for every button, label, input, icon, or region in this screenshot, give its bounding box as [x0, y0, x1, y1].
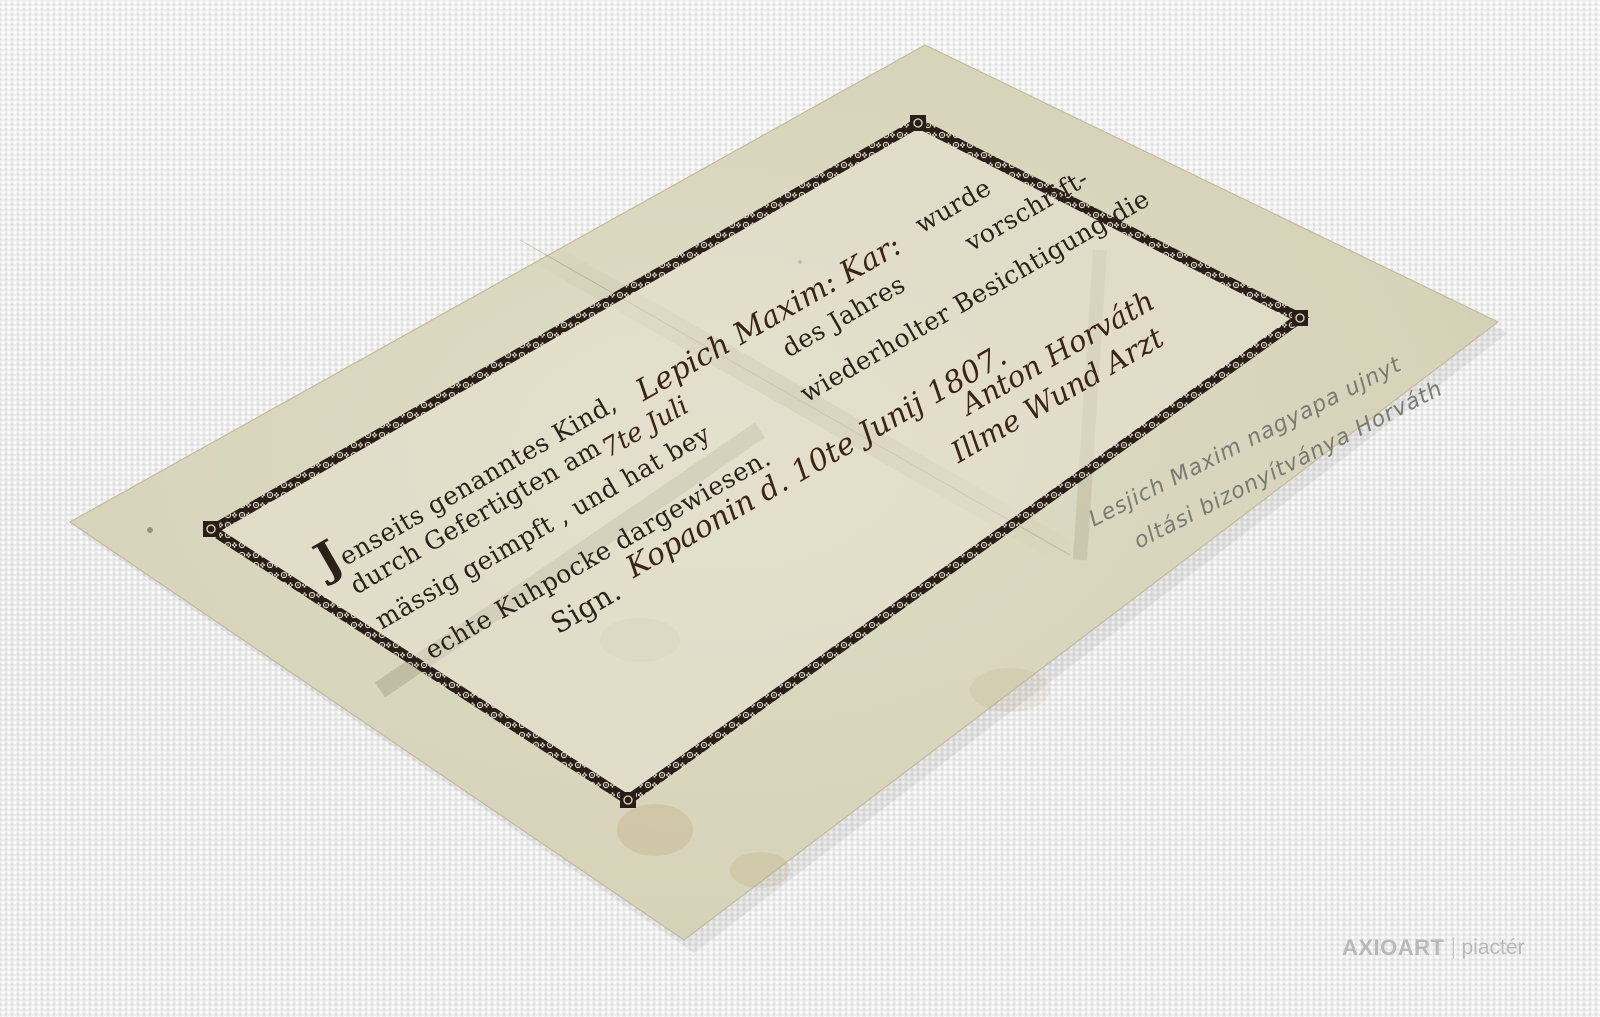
photo-scene: Jenseits genanntes Kind, durch Gefertigt…: [0, 0, 1600, 1017]
watermark-logo: AXIOART piactér: [1342, 935, 1525, 961]
document-paper: [0, 0, 1600, 1017]
watermark-subtitle: piactér: [1462, 936, 1525, 960]
watermark-brand: AXIOART: [1342, 935, 1445, 961]
watermark-divider: [1453, 937, 1454, 959]
